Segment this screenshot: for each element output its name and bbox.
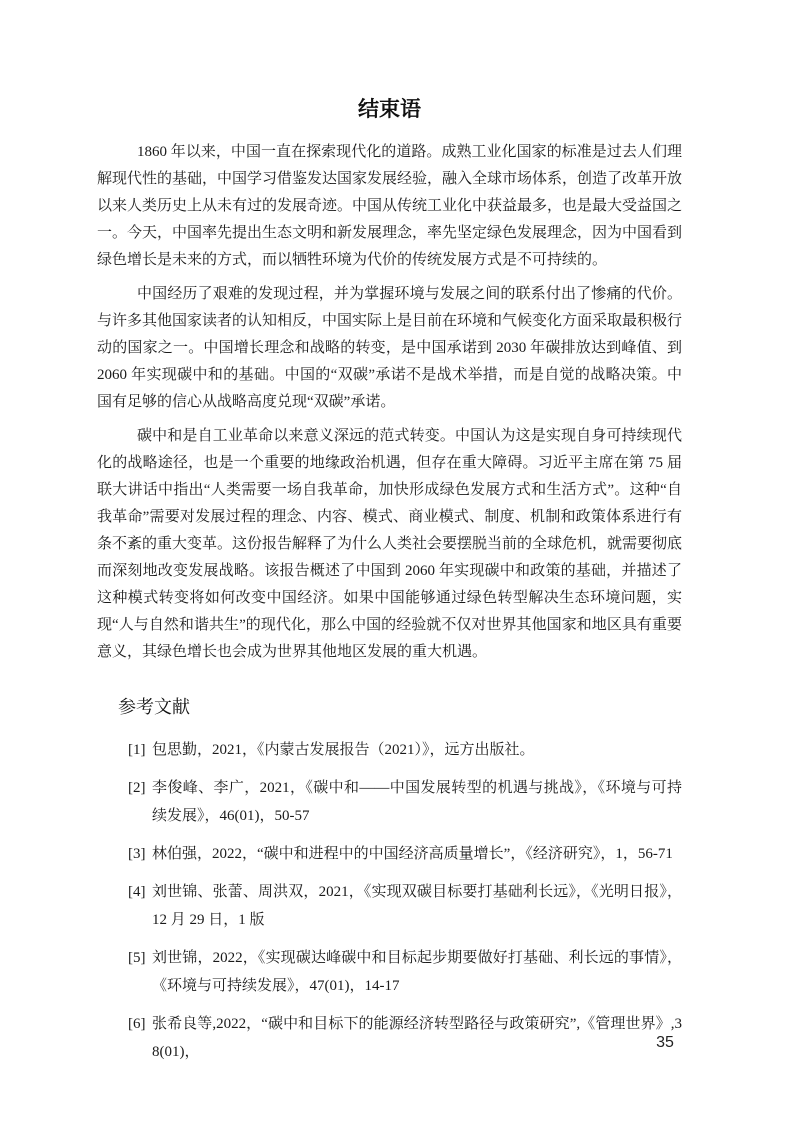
reference-label: [4] [128, 878, 146, 906]
reference-item: [6] 张希良等,2022，“碳中和目标下的能源经济转型路径与政策研究”,《管理… [97, 1010, 682, 1066]
reference-item: [2] 李俊峰、李广，2021，《碳中和——中国发展转型的机遇与挑战》，《环境与… [97, 774, 682, 830]
paragraph: 1860 年以来，中国一直在探索现代化的道路。成熟工业化国家的标准是过去人们理解… [97, 139, 682, 274]
reference-label: [5] [128, 944, 146, 972]
references-list: [1] 包思勤，2021，《内蒙古发展报告（2021）》，远方出版社。 [2] … [97, 736, 682, 1066]
page-title: 结束语 [97, 97, 682, 123]
reference-text: 林伯强，2022，“碳中和进程中的中国经济高质量增长”，《经济研究》，1，56-… [152, 846, 673, 862]
reference-text: 包思勤，2021，《内蒙古发展报告（2021）》，远方出版社。 [152, 742, 535, 758]
paragraph: 碳中和是自工业革命以来意义深远的范式转变。中国认为这是实现自身可持续现代化的战略… [97, 423, 682, 666]
reference-item: [3] 林伯强，2022，“碳中和进程中的中国经济高质量增长”，《经济研究》，1… [97, 840, 682, 868]
reference-text: 刘世锦、张蕾、周洪双，2021，《实现双碳目标要打基础利长远》，《光明日报》，1… [152, 884, 682, 928]
reference-label: [1] [128, 736, 146, 764]
reference-text: 李俊峰、李广，2021，《碳中和——中国发展转型的机遇与挑战》，《环境与可持续发… [152, 780, 682, 824]
page-content: 结束语 1860 年以来，中国一直在探索现代化的道路。成熟工业化国家的标准是过去… [97, 0, 682, 1076]
reference-item: [4] 刘世锦、张蕾、周洪双，2021，《实现双碳目标要打基础利长远》，《光明日… [97, 878, 682, 934]
reference-text: 张希良等,2022，“碳中和目标下的能源经济转型路径与政策研究”,《管理世界》,… [152, 1016, 682, 1060]
document-page: 结束语 1860 年以来，中国一直在探索现代化的道路。成熟工业化国家的标准是过去… [0, 0, 793, 1122]
reference-text: 刘世锦，2022，《实现碳达峰碳中和目标起步期要做好打基础、利长远的事情》，《环… [152, 950, 682, 994]
reference-label: [6] [128, 1010, 146, 1038]
reference-item: [1] 包思勤，2021，《内蒙古发展报告（2021）》，远方出版社。 [97, 736, 682, 764]
page-number: 35 [650, 1034, 680, 1052]
reference-label: [3] [128, 840, 146, 868]
reference-label: [2] [128, 774, 146, 802]
references-heading: 参考文献 [118, 695, 682, 719]
conclusion-section: 1860 年以来，中国一直在探索现代化的道路。成熟工业化国家的标准是过去人们理解… [97, 139, 682, 666]
reference-item: [5] 刘世锦，2022，《实现碳达峰碳中和目标起步期要做好打基础、利长远的事情… [97, 944, 682, 1000]
paragraph: 中国经历了艰难的发现过程，并为掌握环境与发展之间的联系付出了惨痛的代价。与许多其… [97, 281, 682, 416]
